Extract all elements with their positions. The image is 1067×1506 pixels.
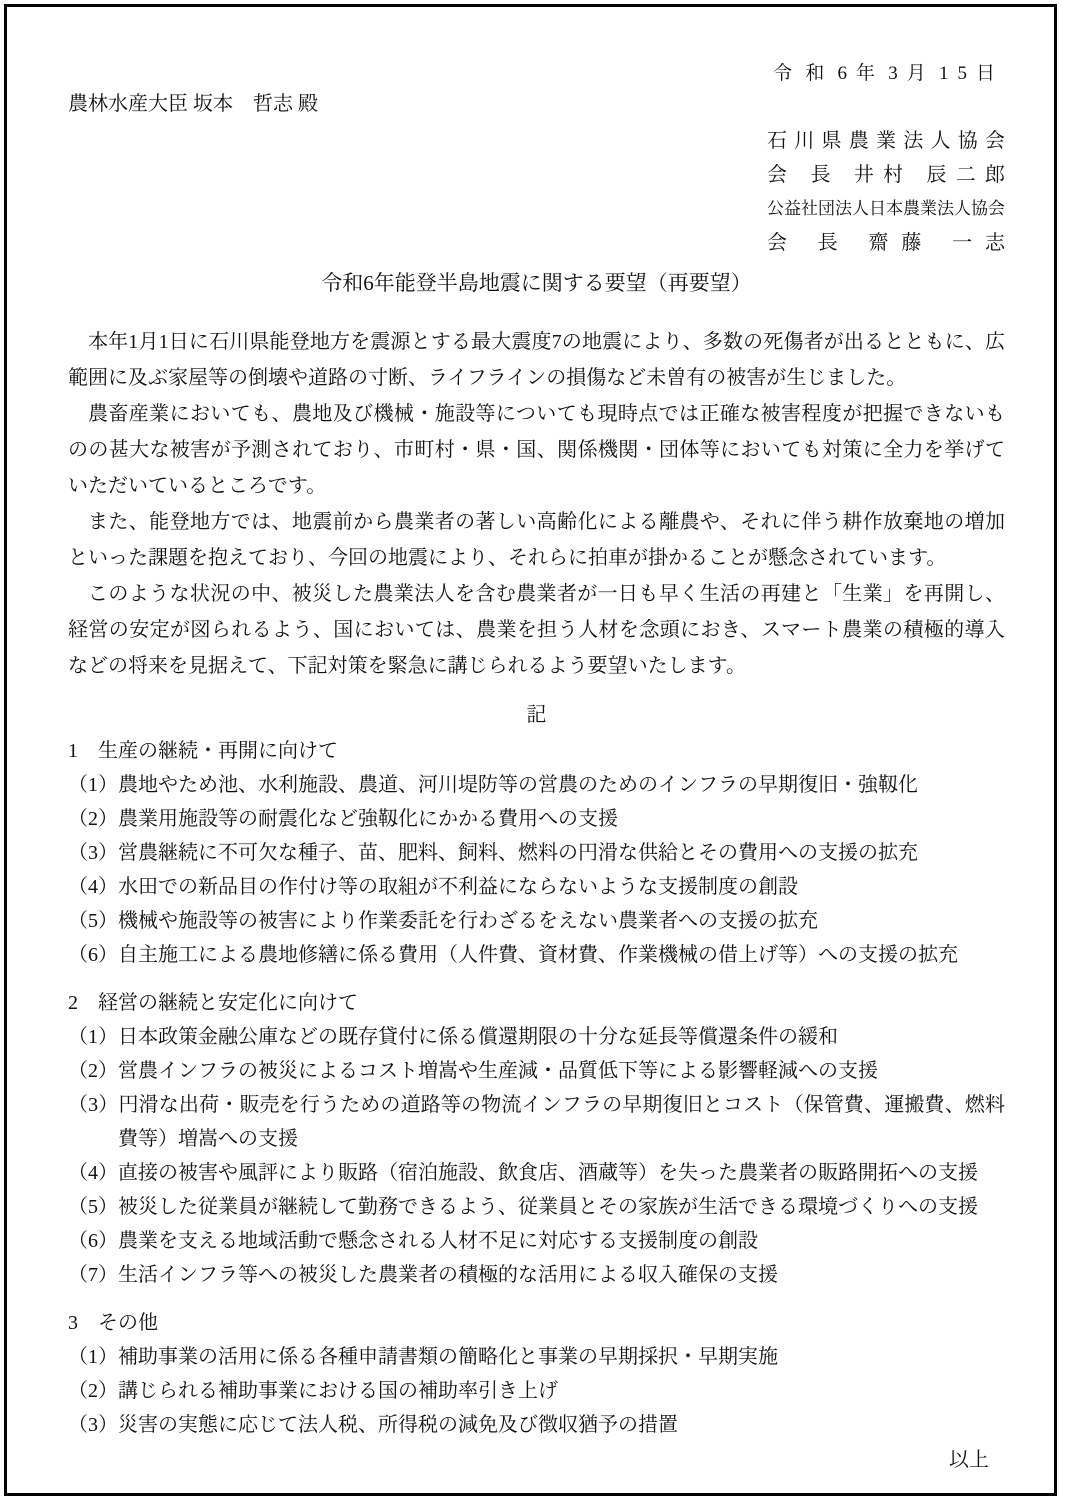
- section-heading: 3 その他: [68, 1306, 1005, 1340]
- document-title: 令和6年能登半島地震に関する要望（再要望）: [68, 268, 1005, 298]
- request-section: 2 経営の継続と安定化に向けて （1）日本政策金融公庫などの既存貸付に係る償還期…: [68, 986, 1005, 1292]
- request-item: （2）農業用施設等の耐震化など強靱化にかかる費用への支援: [68, 802, 1005, 836]
- section-items: （1）日本政策金融公庫などの既存貸付に係る償還期限の十分な延長等償還条件の緩和 …: [68, 1020, 1005, 1292]
- request-item: （7）生活インフラ等への被災した農業者の積極的な活用による収入確保の支援: [68, 1258, 1005, 1292]
- body-paragraphs: 本年1月1日に石川県能登地方を震源とする最大震度7の地震により、多数の死傷者が出…: [68, 324, 1005, 684]
- section-heading: 2 経営の継続と安定化に向けて: [68, 986, 1005, 1020]
- sender-line: 公益社団法人日本農業法人協会: [767, 192, 1005, 226]
- request-item: （4）水田での新品目の作付け等の取組が不利益にならないような支援制度の創設: [68, 870, 1005, 904]
- request-item: （3）災害の実態に応じて法人税、所得税の減免及び徴収猶予の措置: [68, 1408, 1005, 1442]
- document-date: 令 和 6 年 3 月 1 5 日: [773, 60, 995, 88]
- sender-line: 石 川 県 農 業 法 人 協 会: [767, 124, 1005, 158]
- request-item: （6）自主施工による農地修繕に係る費用（人件費、資材費、作業機械の借上げ等）への…: [68, 938, 1005, 972]
- sender-block: 石 川 県 農 業 法 人 協 会 会 長 井村 辰二郎 公益社団法人日本農業法…: [767, 124, 1005, 260]
- request-item: （1）補助事業の活用に係る各種申請書類の簡略化と事業の早期採択・早期実施: [68, 1340, 1005, 1374]
- request-item: （1）日本政策金融公庫などの既存貸付に係る償還期限の十分な延長等償還条件の緩和: [68, 1020, 1005, 1054]
- request-item: （3）円滑な出荷・販売を行うための道路等の物流インフラの早期復旧とコスト（保管費…: [68, 1088, 1005, 1156]
- section-items: （1）補助事業の活用に係る各種申請書類の簡略化と事業の早期採択・早期実施 （2）…: [68, 1340, 1005, 1442]
- request-item: （3）営農継続に不可欠な種子、苗、肥料、飼料、燃料の円滑な供給とその費用への支援…: [68, 836, 1005, 870]
- body-paragraph: 本年1月1日に石川県能登地方を震源とする最大震度7の地震により、多数の死傷者が出…: [68, 324, 1005, 396]
- closing-mark: 以上: [68, 1446, 1005, 1474]
- recipient-line: 農林水産大臣 坂本 哲志 殿: [68, 90, 1005, 118]
- sender-line: 会 長 井村 辰二郎: [767, 158, 1005, 192]
- request-section: 1 生産の継続・再開に向けて （1）農地やため池、水利施設、農道、河川堤防等の営…: [68, 734, 1005, 972]
- request-item: （2）講じられる補助事業における国の補助率引き上げ: [68, 1374, 1005, 1408]
- request-item: （2）営農インフラの被災によるコスト増嵩や生産減・品質低下等による影響軽減への支…: [68, 1054, 1005, 1088]
- body-paragraph: また、能登地方では、地震前から農業者の著しい高齢化による離農や、それに伴う耕作放…: [68, 504, 1005, 576]
- request-section: 3 その他 （1）補助事業の活用に係る各種申請書類の簡略化と事業の早期採択・早期…: [68, 1306, 1005, 1442]
- request-item: （4）直接の被害や風評により販路（宿泊施設、飲食店、酒蔵等）を失った農業者の販路…: [68, 1156, 1005, 1190]
- section-heading: 1 生産の継続・再開に向けて: [68, 734, 1005, 768]
- body-paragraph: 農畜産業においても、農地及び機械・施設等についても現時点では正確な被害程度が把握…: [68, 396, 1005, 504]
- request-item: （1）農地やため池、水利施設、農道、河川堤防等の営農のためのインフラの早期復旧・…: [68, 768, 1005, 802]
- sections-container: 1 生産の継続・再開に向けて （1）農地やため池、水利施設、農道、河川堤防等の営…: [68, 734, 1005, 1442]
- document-page: 令 和 6 年 3 月 1 5 日 農林水産大臣 坂本 哲志 殿 石 川 県 農…: [0, 0, 1067, 1506]
- section-items: （1）農地やため池、水利施設、農道、河川堤防等の営農のためのインフラの早期復旧・…: [68, 768, 1005, 972]
- request-item: （6）農業を支える地域活動で懸念される人材不足に対応する支援制度の創設: [68, 1224, 1005, 1258]
- ki-marker: 記: [68, 698, 1005, 732]
- request-item: （5）被災した従業員が継続して勤務できるよう、従業員とその家族が生活できる環境づ…: [68, 1190, 1005, 1224]
- sender-line: 会 長 齋藤 一志: [767, 226, 1005, 260]
- request-item: （5）機械や施設等の被害により作業委託を行わざるをえない農業者への支援の拡充: [68, 904, 1005, 938]
- body-paragraph: このような状況の中、被災した農業法人を含む農業者が一日も早く生活の再建と「生業」…: [68, 576, 1005, 684]
- document-content: 令 和 6 年 3 月 1 5 日 農林水産大臣 坂本 哲志 殿 石 川 県 農…: [68, 60, 1005, 1474]
